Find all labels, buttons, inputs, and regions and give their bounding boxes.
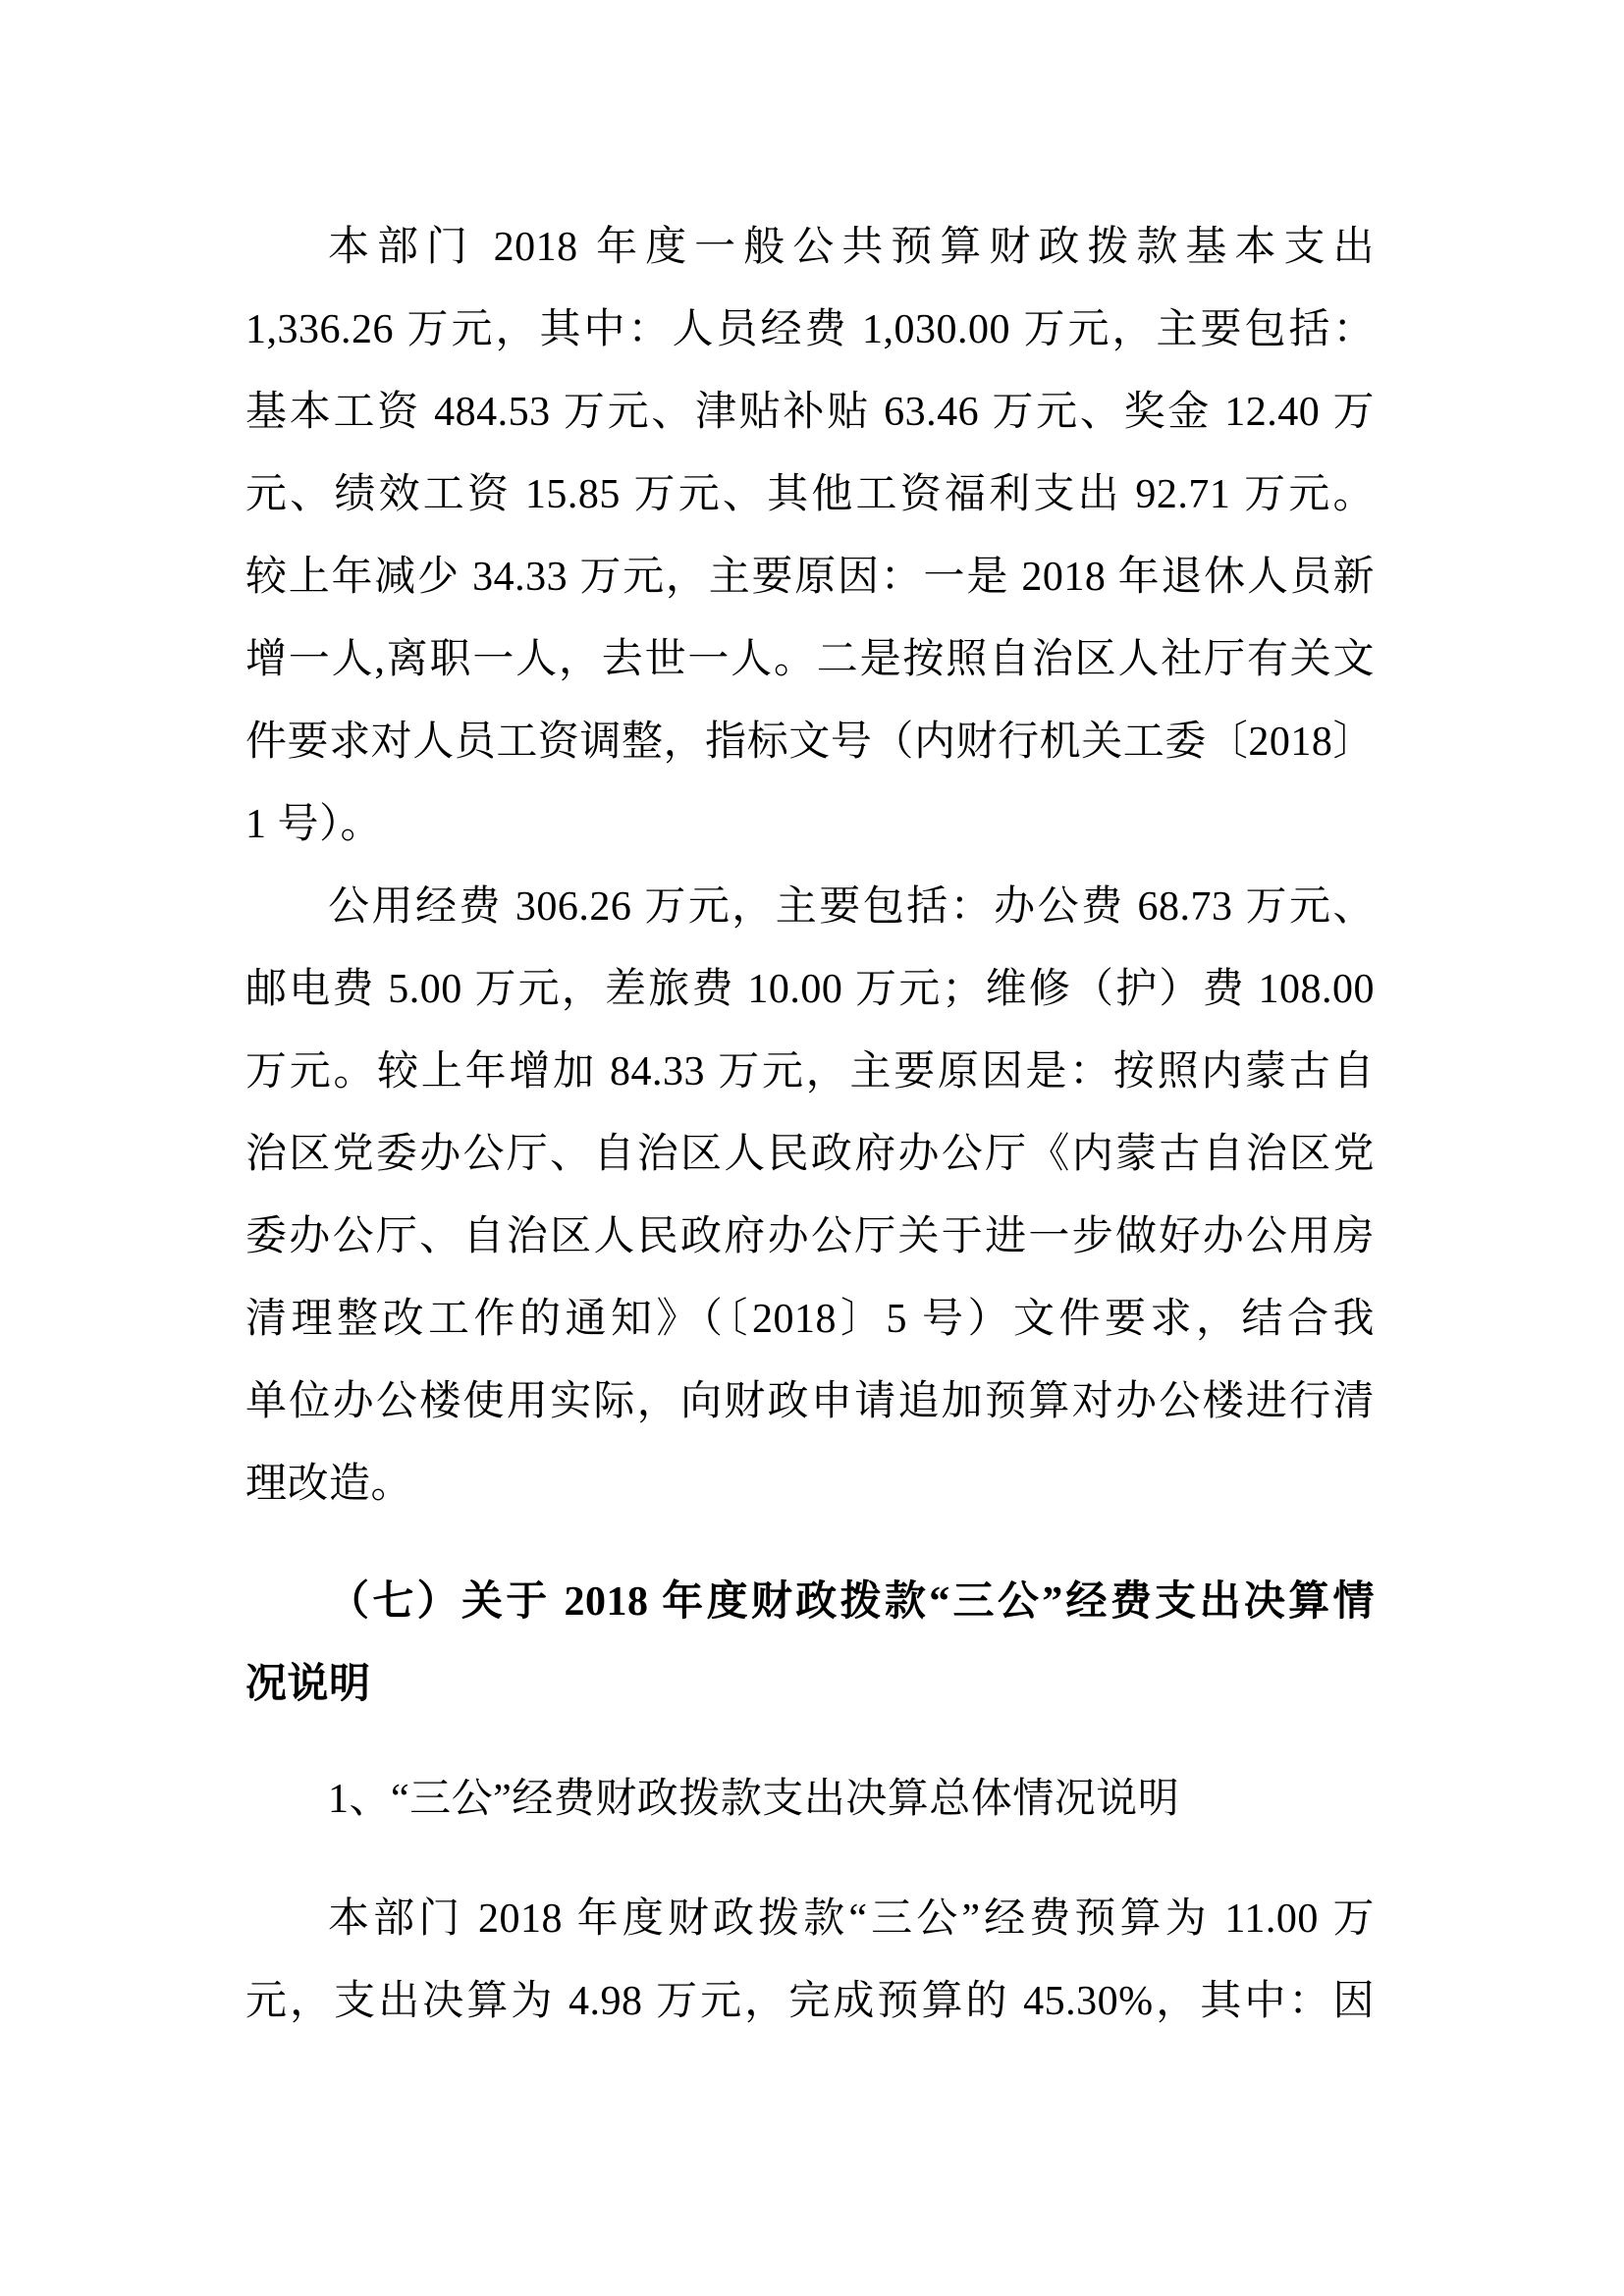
text-line: 本部门 2018 年度一般公共预算财政拨款基本支出: [245, 206, 1375, 289]
heading-line: （七）关于 2018 年度财政拨款“三公”经费支出决算情: [245, 1561, 1375, 1643]
paragraph-public-funds: 公用经费 306.26 万元，主要包括：办公费 68.73 万元、 邮电费 5.…: [245, 866, 1375, 1525]
section-seven-heading: （七）关于 2018 年度财政拨款“三公”经费支出决算情 况说明: [245, 1561, 1375, 1726]
text-line: 增一人,离职一人，去世一人。二是按照自治区人社厅有关文: [245, 618, 1375, 701]
paragraph-basic-expenditure: 本部门 2018 年度一般公共预算财政拨款基本支出 1,336.26 万元，其中…: [245, 206, 1375, 866]
text-line: 委办公厅、自治区人民政府办公厅关于进一步做好办公用房: [245, 1196, 1375, 1278]
text-line: 治区党委办公厅、自治区人民政府办公厅《内蒙古自治区党: [245, 1113, 1375, 1196]
text-line: 1,336.26 万元，其中：人员经费 1,030.00 万元，主要包括：: [245, 289, 1375, 371]
heading-line: 况说明: [245, 1643, 1375, 1726]
text-line: 较上年减少 34.33 万元，主要原因：一是 2018 年退休人员新: [245, 536, 1375, 618]
text-line: 清理整改工作的通知》（〔2018〕5 号）文件要求，结合我: [245, 1278, 1375, 1361]
text-line: 公用经费 306.26 万元，主要包括：办公费 68.73 万元、: [245, 866, 1375, 948]
text-line: 理改造。: [245, 1443, 1375, 1525]
document-page: 本部门 2018 年度一般公共预算财政拨款基本支出 1,336.26 万元，其中…: [0, 0, 1624, 2296]
text-line: 1 号）。: [245, 783, 1375, 866]
text-line: 本部门 2018 年度财政拨款“三公”经费预算为 11.00 万: [245, 1878, 1375, 1960]
text-line: 万元。较上年增加 84.33 万元，主要原因是：按照内蒙古自: [245, 1031, 1375, 1113]
text-line: 邮电费 5.00 万元，差旅费 10.00 万元；维修（护）费 108.00: [245, 948, 1375, 1031]
text-line: 元、绩效工资 15.85 万元、其他工资福利支出 92.71 万元。: [245, 454, 1375, 536]
text-line: 元，支出决算为 4.98 万元，完成预算的 45.30%，其中：因: [245, 1960, 1375, 2043]
paragraph-three-public-overview: 本部门 2018 年度财政拨款“三公”经费预算为 11.00 万 元，支出决算为…: [245, 1878, 1375, 2043]
text-line: 件要求对人员工资调整，指标文号（内财行机关工委〔2018〕: [245, 701, 1375, 783]
text-line: 基本工资 484.53 万元、津贴补贴 63.46 万元、奖金 12.40 万: [245, 371, 1375, 454]
subheading-line: 1、“三公”经费财政拨款支出决算总体情况说明: [245, 1758, 1375, 1841]
subsection-one-heading: 1、“三公”经费财政拨款支出决算总体情况说明: [245, 1758, 1375, 1841]
text-line: 单位办公楼使用实际，向财政申请追加预算对办公楼进行清: [245, 1361, 1375, 1443]
